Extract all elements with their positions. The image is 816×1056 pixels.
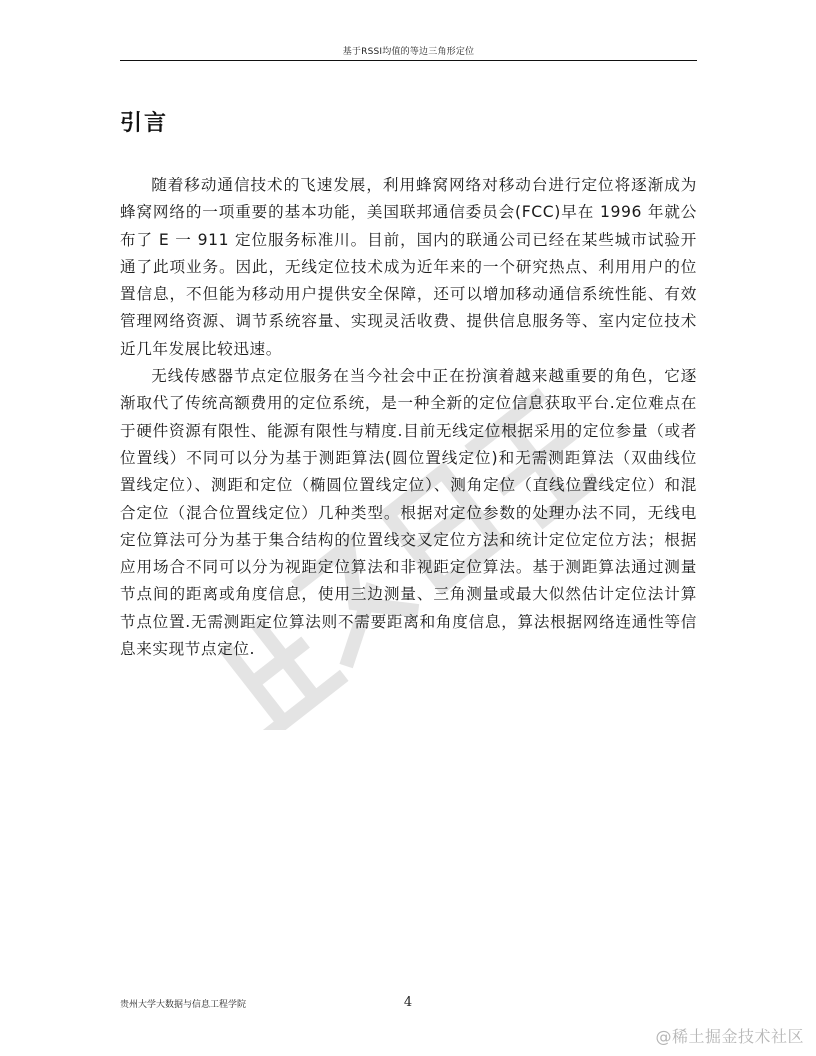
footer-institution: 贵州大学大数据与信息工程学院 [120,997,246,1010]
header-rule [120,60,697,61]
running-header: 基于RSSI均值的等边三角形定位 [120,46,697,58]
site-watermark: @稀土掘金技术社区 [655,1024,804,1047]
section-title: 引言 [120,108,168,138]
paragraph-2: 无线传感器节点定位服务在当今社会中正在扮演着越来越重要的角色，它逐渐取代了传统高… [120,363,697,663]
document-page: 基于RSSI均值的等边三角形定位 引言 随着移动通信技术的飞速发展，利用蜂窝网络… [0,0,816,1056]
paragraph-1: 随着移动通信技术的飞速发展，利用蜂窝网络对移动台进行定位将逐渐成为蜂窝网络的一项… [120,172,697,363]
page-number: 4 [400,995,416,1010]
body-text: 随着移动通信技术的飞速发展，利用蜂窝网络对移动台进行定位将逐渐成为蜂窝网络的一项… [120,172,697,663]
